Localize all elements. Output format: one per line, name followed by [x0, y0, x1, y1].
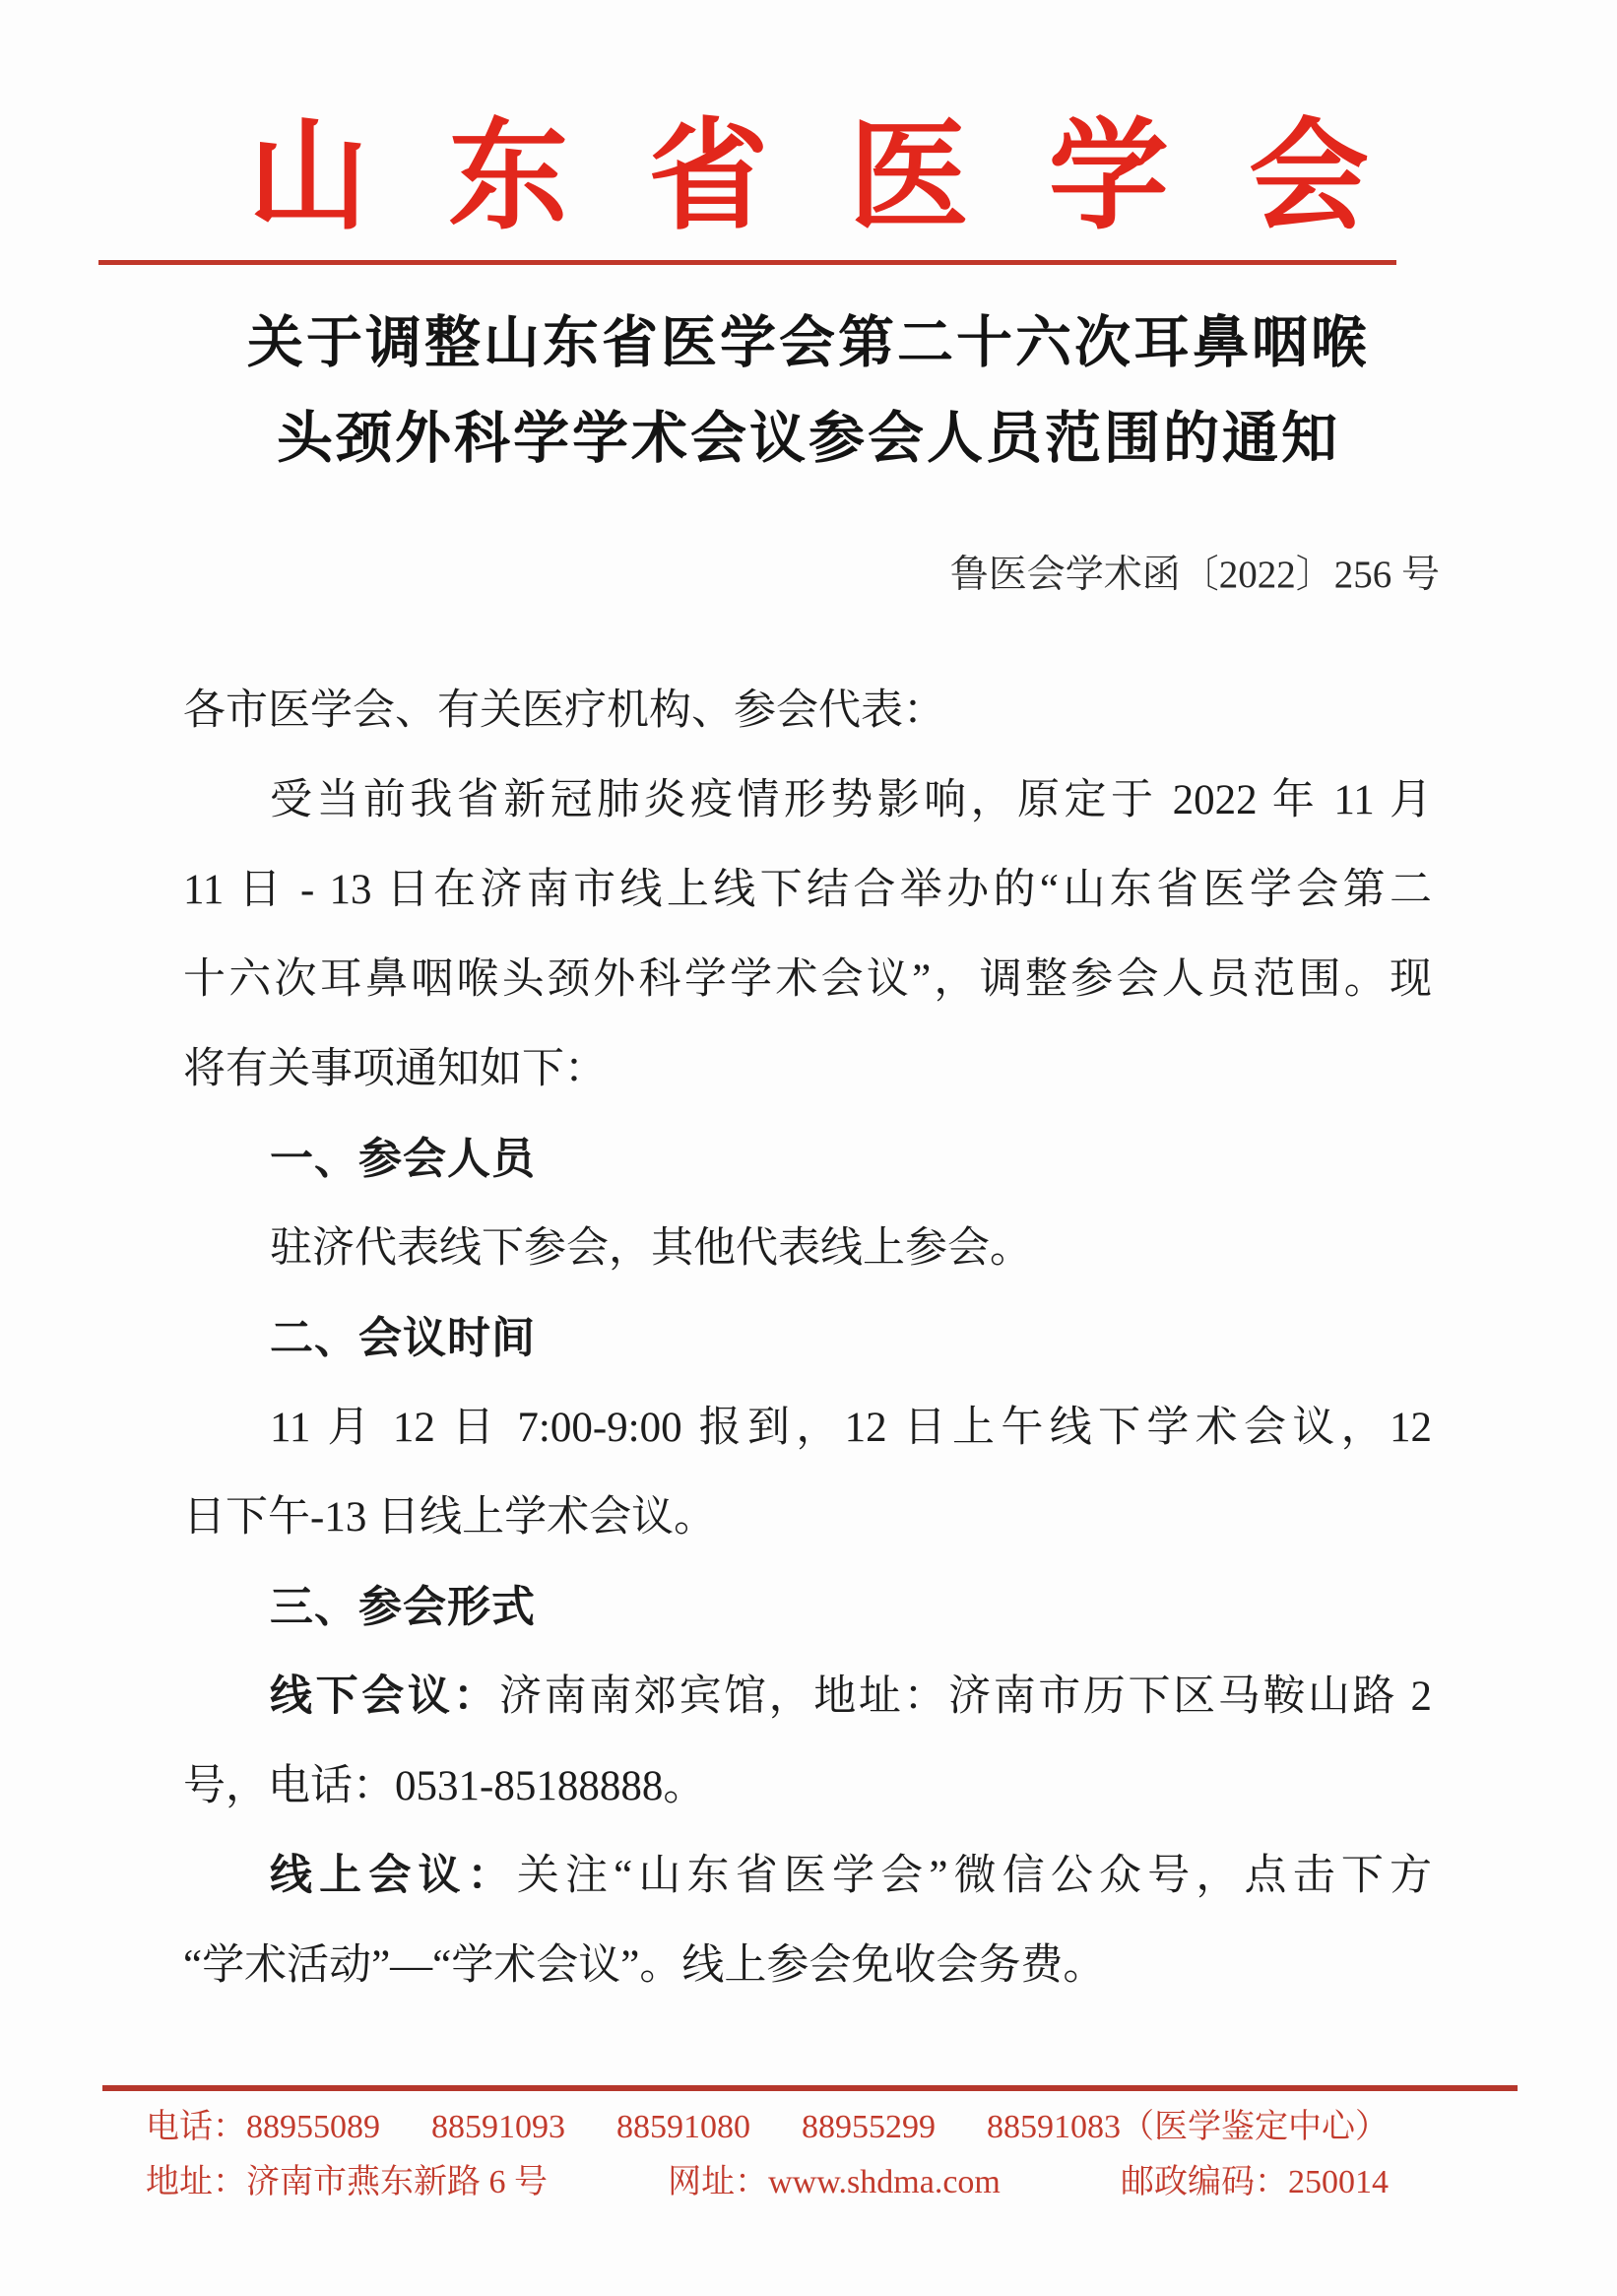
section-heading-meeting-time: 二、会议时间	[183, 1293, 1432, 1383]
footer-phone-3: 88591080	[616, 2106, 750, 2149]
online-meeting-label: 线上会议：	[270, 1852, 517, 1899]
footer-phone-4: 88955299	[802, 2106, 936, 2149]
document-number: 鲁医会学术函〔2022〕256 号	[950, 544, 1440, 599]
body-line: 11 日 - 13 日在济南市线上线下结合举办的“山东省医学会第二	[183, 845, 1432, 935]
body-line: 日下午-13 日线上学术会议。	[183, 1473, 1432, 1562]
scanned-notice-document: 山东省医学会 关于调整山东省医学会第二十六次耳鼻咽喉 头颈外科学学术会议参会人员…	[0, 0, 1617, 2296]
footer-phone-1: 88955089	[246, 2109, 380, 2145]
footer-rule	[102, 2085, 1518, 2091]
letterhead-org-name: 山东省医学会	[248, 95, 1369, 262]
notice-title-line1: 关于调整山东省医学会第二十六次耳鼻咽喉	[0, 295, 1617, 391]
section-heading-attendance-format: 三、参会形式	[183, 1562, 1432, 1652]
footer-address-row: 地址：济南市燕东新路 6 号 网址：www.shdma.com 邮政编码：250…	[146, 2161, 1389, 2204]
footer-phone-5: 88591083（医学鉴定中心）	[987, 2106, 1389, 2149]
salutation-line: 各市医学会、有关医疗机构、参会代表：	[183, 666, 1432, 755]
body-line: 线上会议：关注“山东省医学会”微信公众号，点击下方	[183, 1831, 1432, 1921]
offline-meeting-detail: 济南南郊宾馆，地址：济南市历下区马鞍山路 2	[499, 1673, 1432, 1720]
footer-address: 地址：济南市燕东新路 6 号	[146, 2161, 548, 2204]
footer-phone-2: 88591093	[431, 2106, 565, 2149]
body-line: 11 月 12 日 7:00-9:00 报到，12 日上午线下学术会议，12	[183, 1383, 1432, 1473]
body-line: 受当前我省新冠肺炎疫情形势影响，原定于 2022 年 11 月	[183, 755, 1432, 845]
letterhead-rule	[98, 260, 1396, 265]
body-line: “学术活动”—“学术会议”。线上参会免收会务费。	[183, 1921, 1432, 2010]
online-meeting-detail: 关注“山东省医学会”微信公众号，点击下方	[517, 1853, 1432, 1899]
body-line: 十六次耳鼻咽喉头颈外科学学术会议”，调整参会人员范围。现	[183, 935, 1432, 1024]
notice-body: 各市医学会、有关医疗机构、参会代表： 受当前我省新冠肺炎疫情形势影响，原定于 2…	[183, 666, 1432, 2010]
offline-meeting-label: 线下会议：	[270, 1673, 499, 1720]
section-heading-participants: 一、参会人员	[183, 1114, 1432, 1204]
body-line: 驻济代表线下参会，其他代表线上参会。	[183, 1204, 1432, 1293]
notice-title: 关于调整山东省医学会第二十六次耳鼻咽喉 头颈外科学学术会议参会人员范围的通知	[0, 295, 1617, 487]
footer-phone-label: 电话：	[146, 2109, 246, 2145]
footer-postcode: 邮政编码：250014	[1121, 2161, 1389, 2204]
footer-phone-1-group: 电话：88955089	[146, 2106, 380, 2149]
body-line: 将有关事项通知如下：	[183, 1024, 1432, 1114]
body-line: 号，电话：0531-85188888。	[183, 1741, 1432, 1831]
body-line: 线下会议：济南南郊宾馆，地址：济南市历下区马鞍山路 2	[183, 1652, 1432, 1741]
footer-phones-row: 电话：88955089 88591093 88591080 88955299 8…	[146, 2106, 1389, 2149]
notice-title-line2: 头颈外科学学术会议参会人员范围的通知	[0, 391, 1617, 487]
footer-contact-block: 电话：88955089 88591093 88591080 88955299 8…	[146, 2106, 1389, 2204]
footer-website: 网址：www.shdma.com	[668, 2161, 1001, 2204]
